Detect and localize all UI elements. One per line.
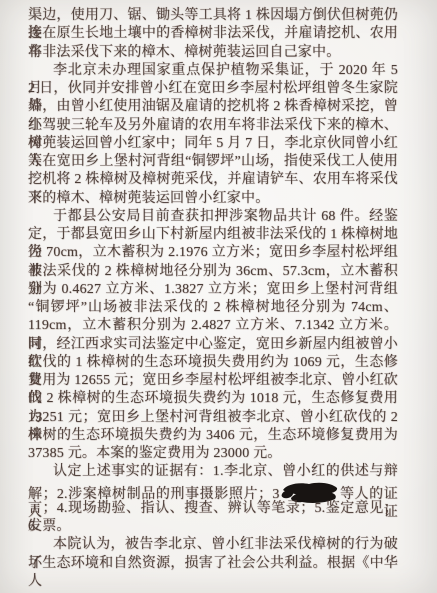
text-line: 渠边，使用刀、锯、锄头等工具将 1 株因塌方倒伏但树蔸仍连	[28, 7, 398, 25]
text-line: 认定上述事实的证据有：1.李北京、曾小红的供述与辩	[28, 463, 398, 481]
text-line: 树蔸装运回曾小红家中；同年 5 月 7 日，李北京伙同曾小红等	[28, 135, 398, 153]
text-line: 言；4.现场勘验、指认、搜查、辨认等笔录；5.鉴定意见；6.	[28, 500, 398, 518]
text-line: 李北京未办理国家重点保护植物采集证，于 2020 年 5 月	[28, 62, 398, 80]
text-line: 为 70cm，立木蓄积为 2.1976 立方米；宽田乡李屋村松坪组被	[28, 244, 398, 262]
text-line: 接在原生长地土壤中的香樟树非法采伐，并雇请挖机、农用车	[28, 25, 398, 43]
text-line: 定，于都县宽田乡山下村新屋内组被非法采伐的 1 株樟树地径	[28, 226, 398, 244]
text-line: 外，由曾小红使用油锯及雇请的挖机将 2 株香樟树采挖，曾小	[28, 98, 398, 116]
text-line: 2 日，伙同并安排曾小红在宽田乡李屋村松坪组曾冬生家院墙	[28, 80, 398, 98]
document-body: 渠边，使用刀、锯、锄头等工具将 1 株因塌方倒伏但树蔸仍连接在原生长地土壤中的香…	[28, 7, 398, 573]
text-line: 本院认为，被告李北京、曾小红非法采伐樟树的行为破坏	[28, 536, 398, 554]
text-line: 砍伐的 1 株樟树的生态环境损失费用约为 1069 元，生态修复	[28, 354, 398, 372]
text-line: 了生态环境和自然资源，损害了社会公共利益。根据《中华人	[28, 555, 398, 573]
text-line: 红驾驶三轮车及另外雇请的农用车将非法采伐下来的樟木、樟	[28, 117, 398, 135]
text-line: 13251 元；宽田乡上堡村河背组被李北京、曾小红砍伐的 2 株	[28, 409, 398, 427]
text-line: 119cm，立木蓄积分别为 2.4827 立方米、7.1342 立方米。同	[28, 317, 398, 335]
text-line: 解；2.涉案樟树制品的刑事摄影照片；3等人的证人证	[28, 482, 398, 500]
text-line: 人在宽田乡上堡村河背组“铜锣坪”山场，指使采伐工人使用	[28, 153, 398, 171]
text-line: 挖机将 2 株樟树及樟树蔸采伐，并雇请铲车、农用车将采伐下	[28, 171, 398, 189]
text-line: 37385 元。本案的鉴定费用为 23000 元。	[28, 445, 398, 463]
text-line: 于都县公安局目前查获扣押涉案物品共计 68 件。经鉴	[28, 208, 398, 226]
text-line: 的 2 株樟树的生态环境损失费约为 1018 元，生态修复费用为	[28, 390, 398, 408]
text-line: 来的樟木、樟树蔸装运回曾小红家中。	[28, 190, 398, 208]
text-line: 时，经江西求实司法鉴定中心鉴定，宽田乡新屋内组被曾小红	[28, 336, 398, 354]
text-line: 别为 0.4627 立方米、1.3827 立方米；宽田乡上堡村河背组	[28, 281, 398, 299]
text-line: 非法采伐的 2 株樟树地径分别为 36cm、57.3cm，立木蓄积分	[28, 263, 398, 281]
text-line: 将非法采伐下来的樟木、樟树蔸装运回自己家中。	[28, 44, 398, 62]
text-line: 樟树的生态环境损失费约为 3406 元，生态环境修复费用为	[28, 427, 398, 445]
document-page: 渠边，使用刀、锯、锄头等工具将 1 株因塌方倒伏但树蔸仍连接在原生长地土壤中的香…	[0, 0, 437, 593]
text-line: “铜锣坪”山场被非法采伐的 2 株樟树地径分别为 74cm、	[28, 299, 398, 317]
text-line: 费用为 12655 元；宽田乡李屋村松坪组被李北京、曾小红砍伐	[28, 372, 398, 390]
